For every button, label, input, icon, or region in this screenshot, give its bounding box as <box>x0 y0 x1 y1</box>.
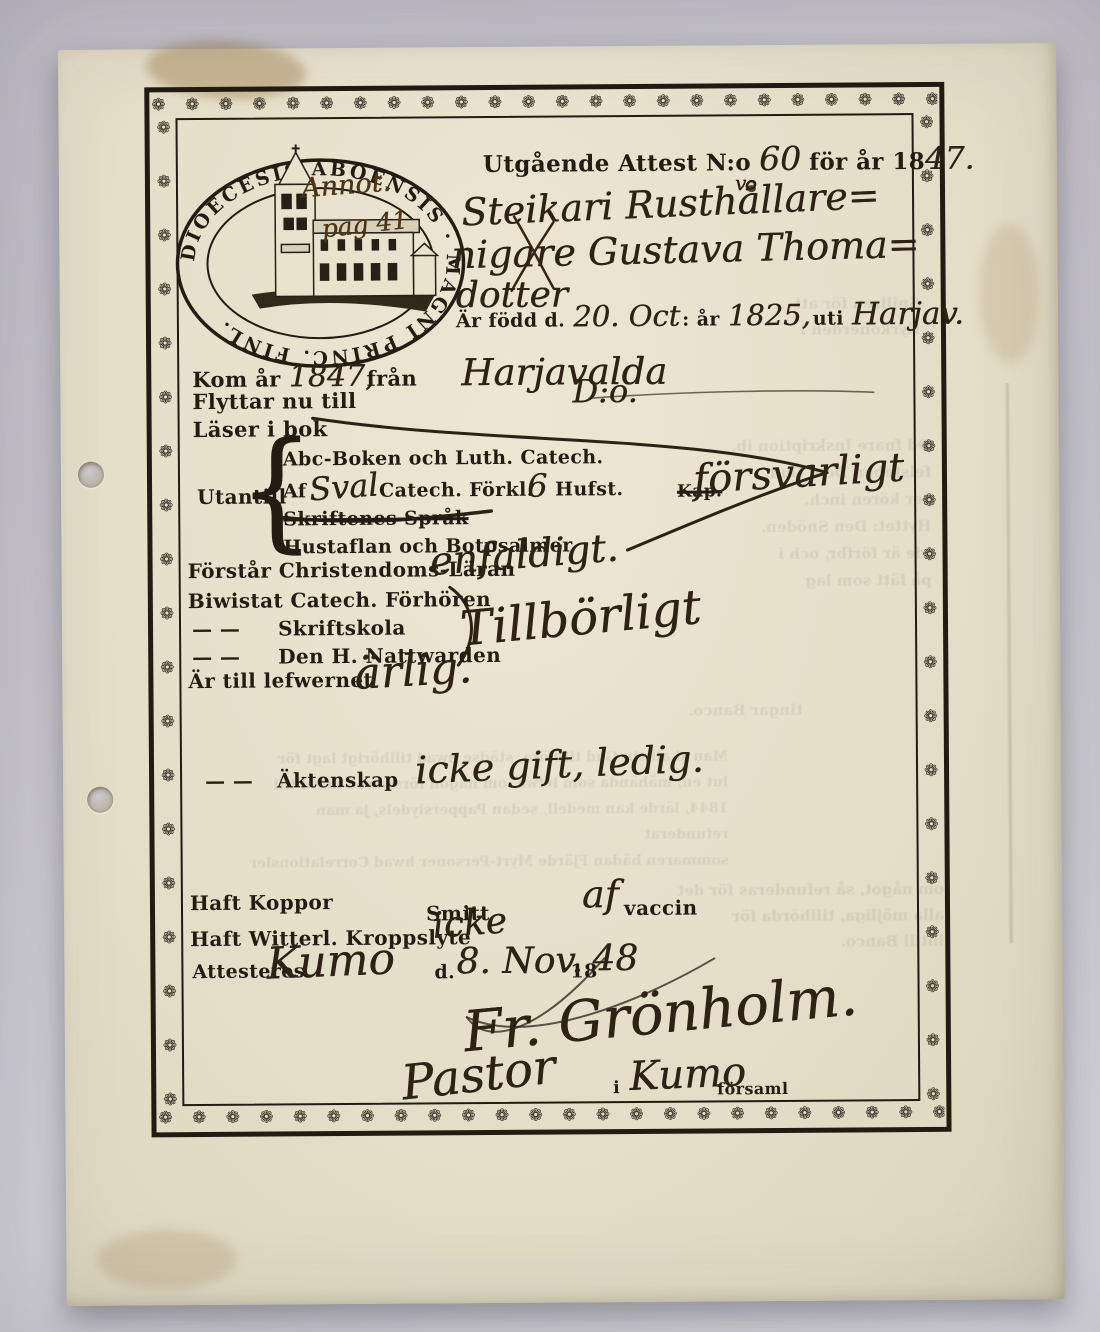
came-printed2: från <box>367 366 418 391</box>
header: Utgående Attest N:o 60 för år 18 47. <box>483 138 975 180</box>
punch-hole-bottom <box>87 787 113 813</box>
stain-bottom-left <box>96 1229 236 1290</box>
attended-row2-dash: — — <box>192 617 240 641</box>
health-vaccin: vaccin <box>624 896 698 921</box>
utantill-row3-struck: Skriftenes Språk <box>283 507 468 530</box>
attended-row2: Skriftskola <box>278 616 406 641</box>
health-af-handwritten: af <box>582 872 619 916</box>
born-day: 20. Oct <box>573 299 680 334</box>
punch-hole-top <box>78 462 104 488</box>
health-pox: Haft Koppor <box>190 890 333 915</box>
conduct-grade: ärlig. <box>353 642 473 700</box>
photo-background: Snillren för att Kyrkoherden i Od fnare … <box>0 0 1100 1332</box>
utantill-row2-number: 6 <box>527 467 548 505</box>
conduct-printed: Är till lefwernet <box>188 668 373 693</box>
utantill-row2-catech: Catech. Förkl. <box>379 479 534 502</box>
attended-row3-dash: — — <box>192 645 240 669</box>
moves-printed: Flyttar nu till <box>192 388 356 414</box>
utantill-row2-handwritten: Sval <box>308 465 380 508</box>
born-printed3: uti <box>813 308 844 330</box>
marriage-printed: Äktenskap <box>277 768 399 793</box>
header-printed2: för år 18 <box>809 148 925 176</box>
born-printed2: : år <box>682 308 720 330</box>
paper-crease <box>1004 383 1014 943</box>
attest-d: d. <box>434 961 455 983</box>
utantill-row2-hufst: Hufst. <box>555 478 624 500</box>
moves-value: D:o. <box>572 372 638 410</box>
signature-place: Kumo <box>628 1049 747 1100</box>
attended-row1: Biwistat Catech. Förhören <box>188 587 491 613</box>
marriage-dash: — — <box>205 769 253 793</box>
signature-i-printed: i <box>613 1078 620 1098</box>
attest-number: 60 <box>759 139 801 178</box>
header-printed: Utgående Attest N:o <box>483 149 751 178</box>
stain-right-edge <box>979 223 1040 363</box>
attest-date: 8. Nov. <box>456 940 583 982</box>
born-year: 1825, <box>728 298 811 333</box>
person-name-line3: dotter <box>456 274 568 316</box>
attest-place: Kumo <box>265 933 395 989</box>
attest-year-handwritten: 48 <box>592 938 638 979</box>
document-paper: Snillren för att Kyrkoherden i Od fnare … <box>58 43 1065 1306</box>
born-place: Harjav. <box>852 296 964 333</box>
utantill-row1: Abc-Boken och Luth. Catech. <box>283 446 604 470</box>
utantill-row2-af: Af <box>283 480 307 502</box>
attest-year: 47. <box>925 141 975 177</box>
